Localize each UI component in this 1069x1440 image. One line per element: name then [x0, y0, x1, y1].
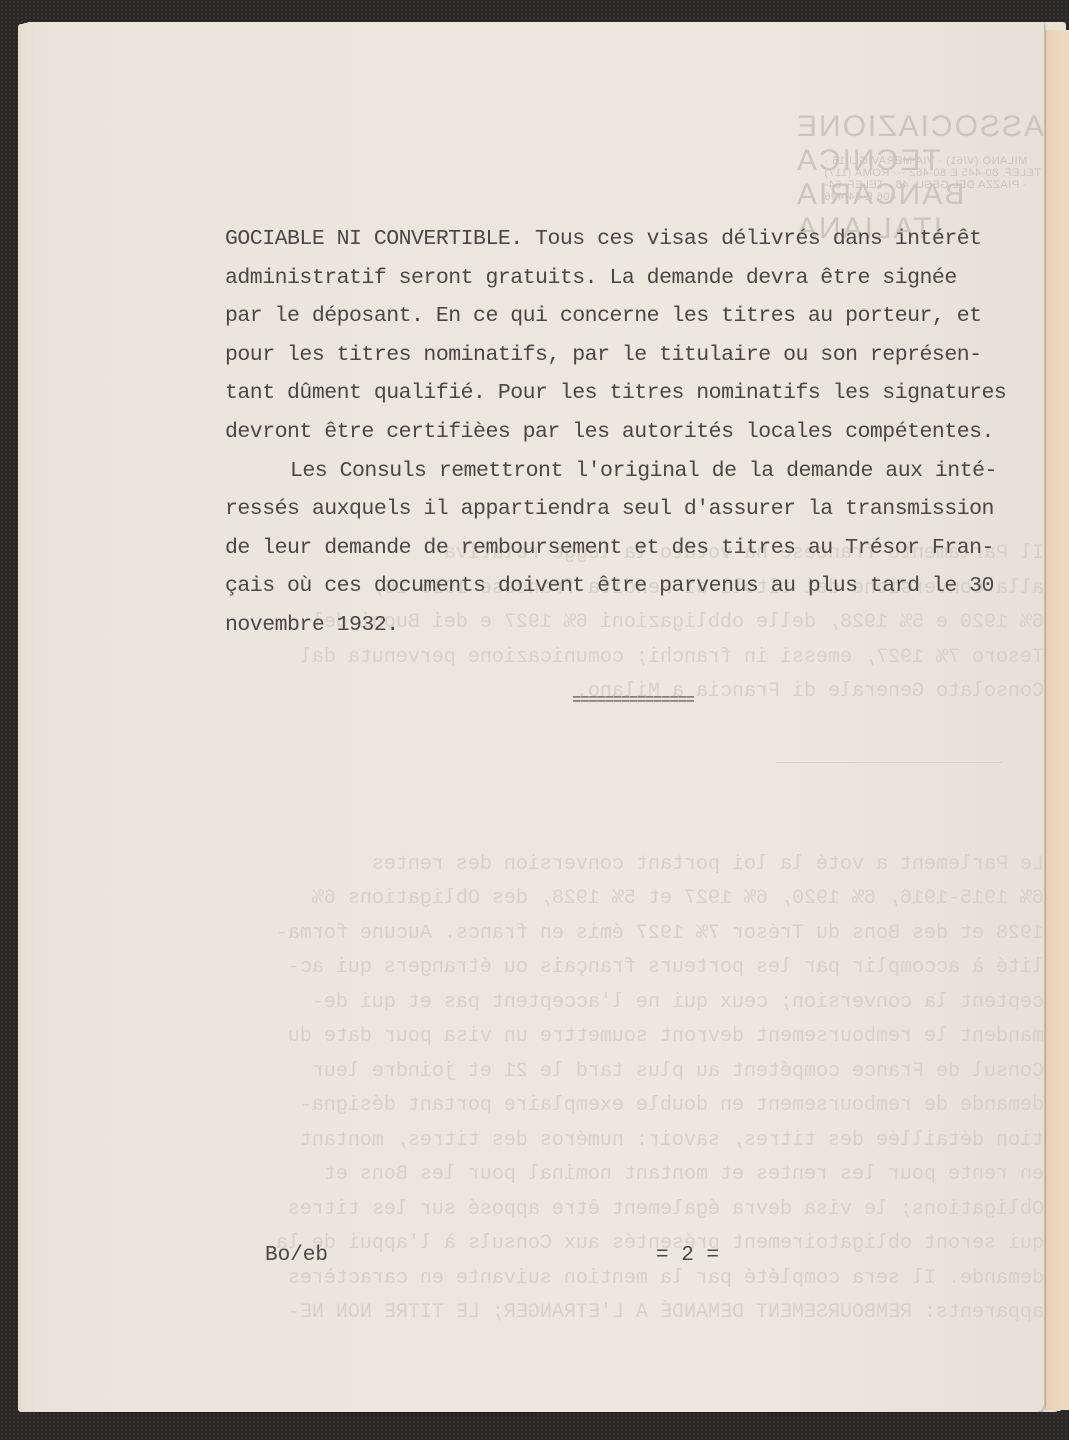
text-line: administratif seront gratuits. La demand… — [225, 259, 1055, 298]
text-line: GOCIABLE NI CONVERTIBLE. Tous ces visas … — [225, 220, 1055, 259]
text-line: par le déposant. En ce qui concerne les … — [225, 297, 1055, 336]
section-separator: =============== — [572, 691, 694, 709]
text-line: novembre 1932. — [225, 606, 1055, 645]
text-line: Les Consuls remettront l'original de la … — [225, 452, 1055, 491]
text-line: de leur demande de remboursement et des … — [225, 529, 1055, 568]
show-through-rule — [776, 762, 1002, 763]
text-line: devront être certifièes par les autorité… — [225, 413, 1055, 452]
text-line: ressés auxquels il appartiendra seul d'a… — [225, 490, 1055, 529]
text-line: tant dûment qualifié. Pour les titres no… — [225, 374, 1055, 413]
typist-reference: Bo/eb — [265, 1244, 328, 1267]
document-page: ASSOCIAZIONE TECNICA BANCARIA ITALIANA M… — [34, 22, 1044, 1412]
page-number: = 2 = — [656, 1244, 719, 1267]
text-line: pour les titres nominatifs, par le titul… — [225, 336, 1055, 375]
show-through-text: Il Parlamento francese ha votato la legg… — [164, 537, 1044, 1331]
document-body: GOCIABLE NI CONVERTIBLE. Tous ces visas … — [225, 220, 1055, 645]
text-line: çais où ces documents doivent être parve… — [225, 567, 1055, 606]
letterhead-address-show-through: MILANO (V/61) - VIA MERAVIGLI 16 - TELEF… — [34, 155, 1044, 203]
